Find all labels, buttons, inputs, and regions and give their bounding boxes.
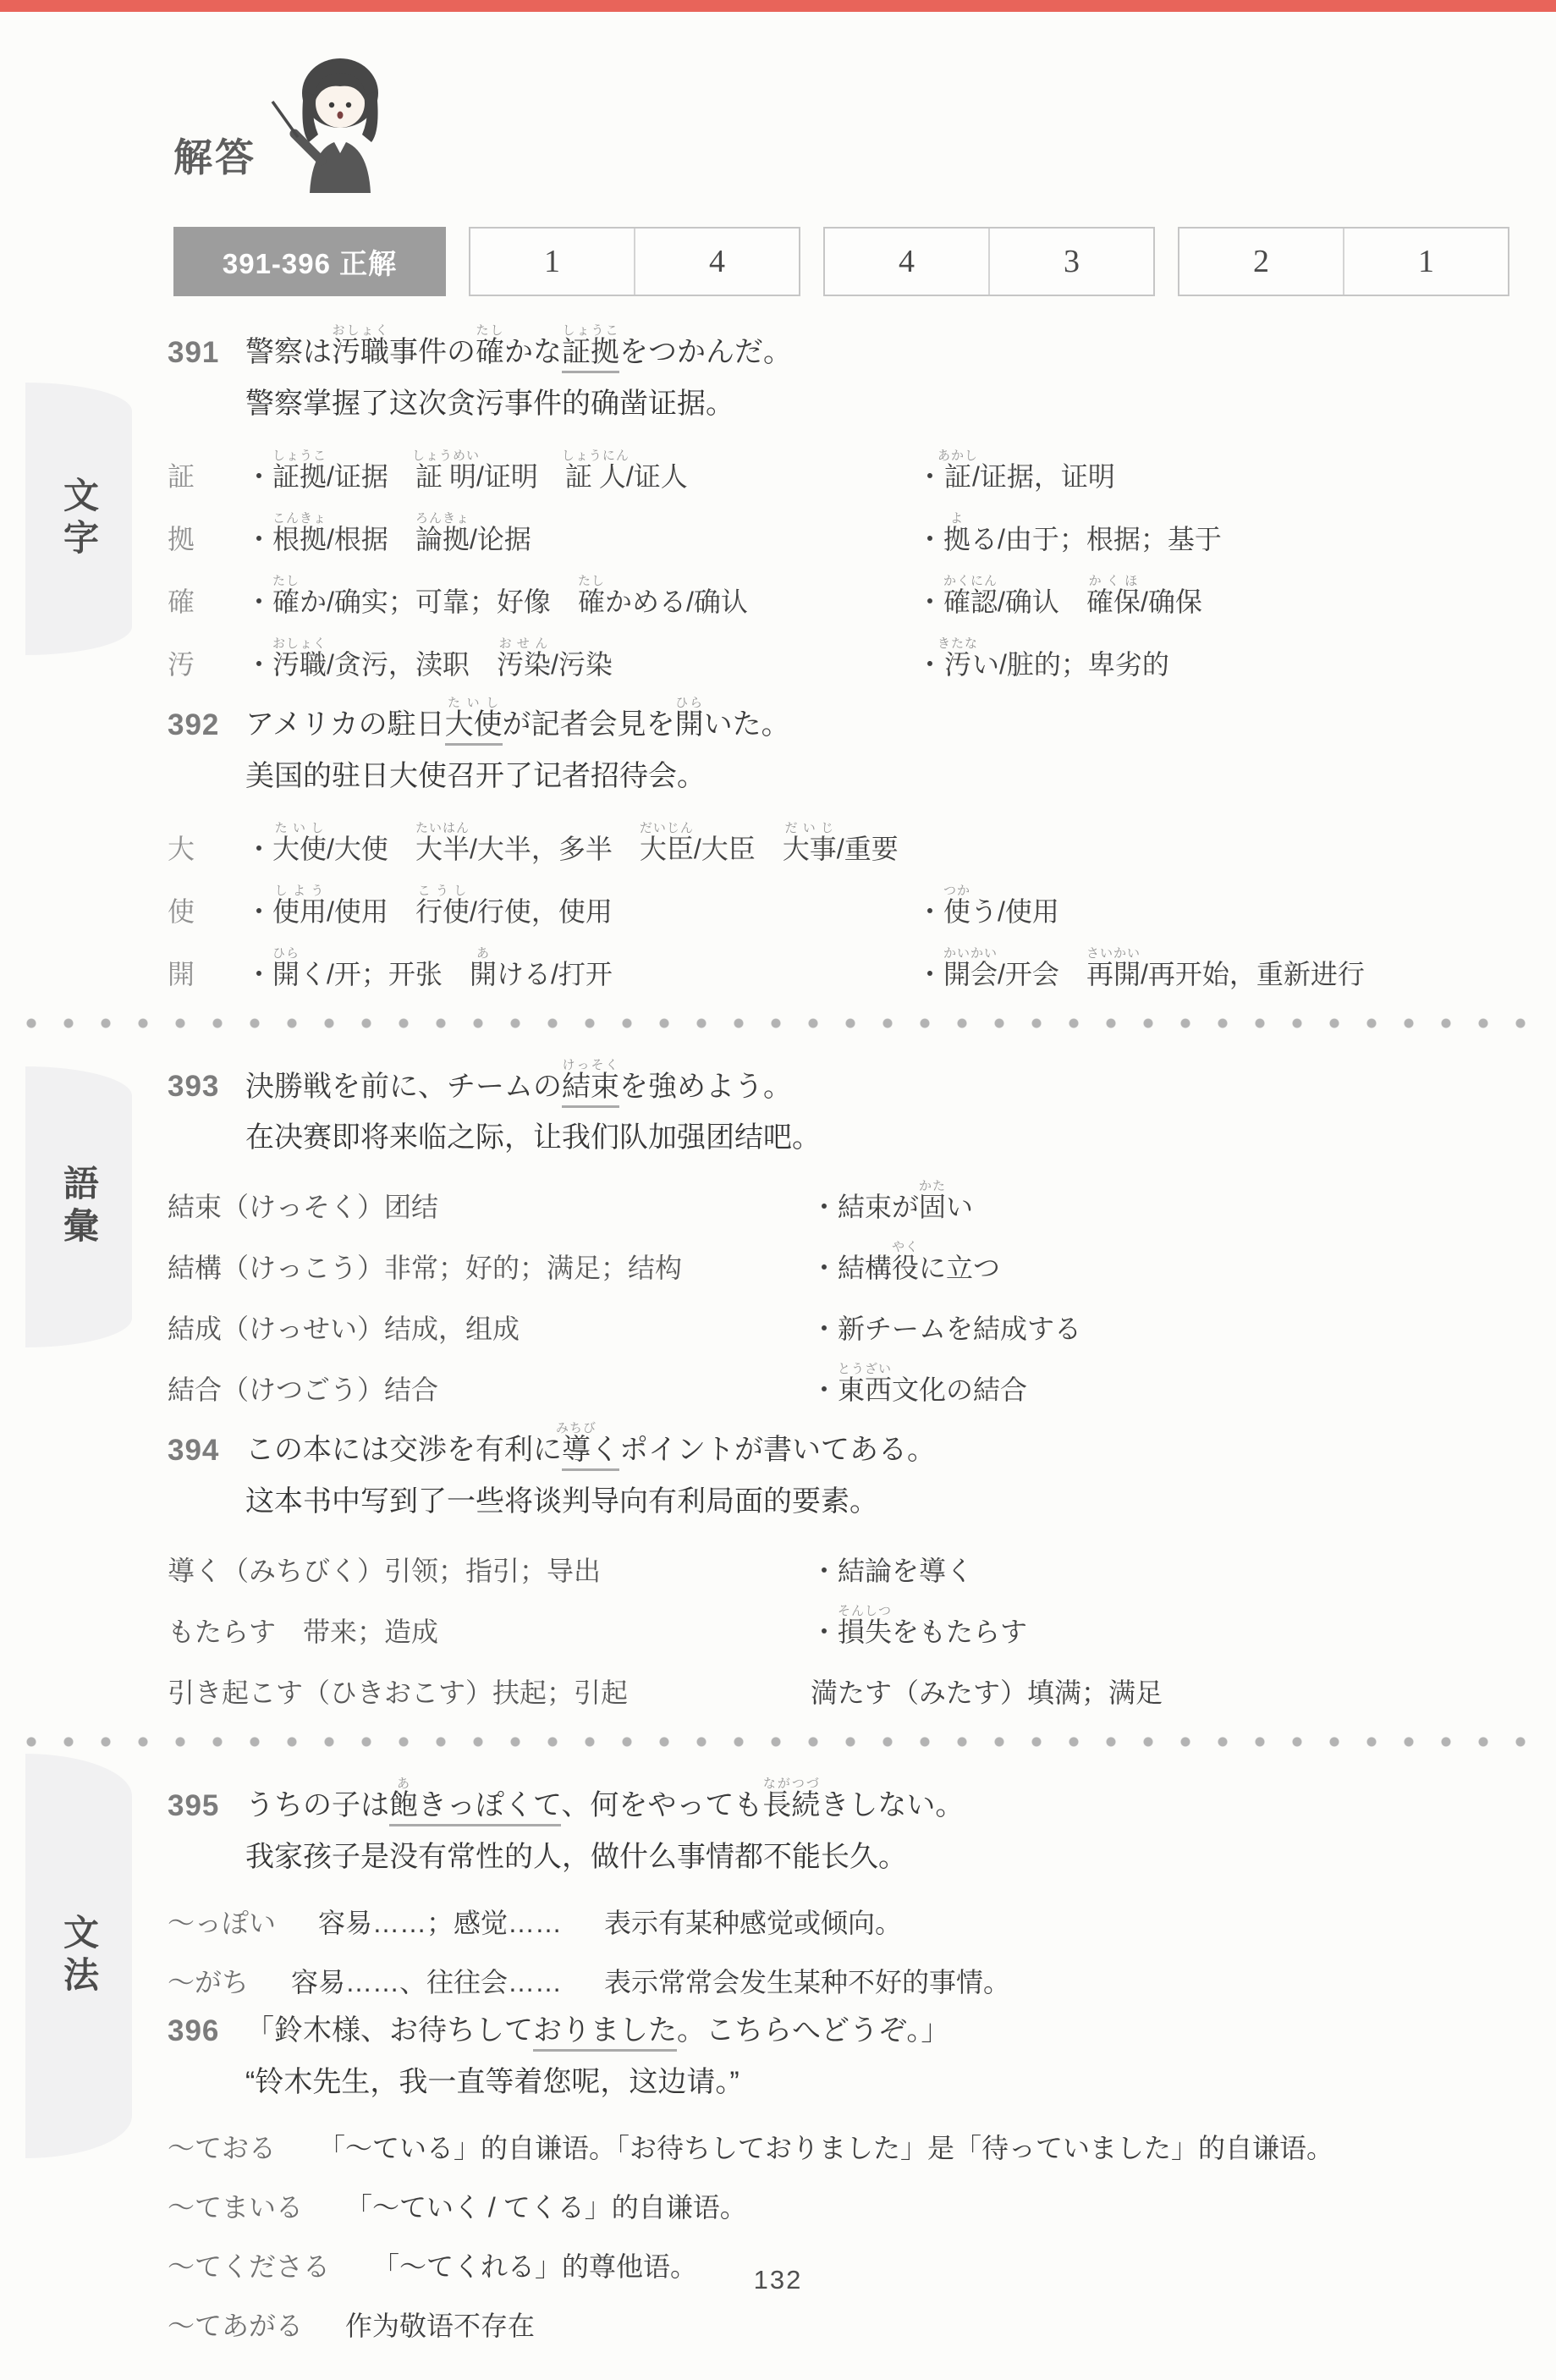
kanji-row: 使 ・使用しよう/使用 行使こうし/行使，使用 ・使つかう/使用: [168, 870, 1511, 929]
sidebar-tab-bunpo: 文法: [25, 1754, 132, 2158]
question-sentence-jp: アメリカの駐日大使たいしが記者会見を開ひらいた。: [245, 696, 790, 742]
question-number: 396: [168, 2014, 245, 2048]
dotted-separator: [25, 1017, 1531, 1029]
question-translation-cn: “铃木先生，我一直等着您呢，这边请。”: [245, 2058, 1511, 2100]
vocab-row: 結束（けっそく）团结 ・結束が固かたい: [168, 1169, 1511, 1225]
vocab-entry: 引き起こす（ひきおこす）扶起；引起: [168, 1672, 628, 1711]
vocab-entry: 結合（けつごう）结合: [168, 1369, 438, 1408]
section-395: 395 うちの子は飽あきっぽくて、何をやっても長続ながつづきしない。 我家孩子是…: [168, 1777, 1511, 2000]
grammar-gloss: 「～ていく / てくる」的自谦语。: [345, 2186, 747, 2225]
sidebar-tab-label: 文字: [53, 477, 104, 561]
answer-cell-391: 1: [470, 229, 634, 295]
answer-group-2: 4 3: [823, 227, 1155, 296]
kanji-examples-right: ・拠よる/由于；根据；基于: [916, 511, 1222, 557]
sidebar-tab-goi: 語彙: [25, 1066, 132, 1347]
question-sentence-jp: うちの子は飽あきっぽくて、何をやっても長続ながつづきしない。: [245, 1777, 964, 1823]
kanji-examples-left: ・汚職おしょく/贪污，渎职 汚染おせん/污染: [245, 636, 613, 682]
sidebar-tab-moji: 文字: [25, 383, 132, 655]
kanji-row: 確 ・確たしか/确实；可靠；好像 確たしかめる/确认 ・確認かくにん/确认 確保…: [168, 560, 1511, 620]
grammar-term: ～ておる: [168, 2127, 276, 2166]
kanji-examples-right: ・証あかし/证据，证明: [916, 449, 1115, 494]
kanji-examples-left: ・開ひらく/开；开张 開あける/打开: [245, 946, 613, 992]
question-number: 394: [168, 1434, 245, 1468]
question-sentence-jp: 警察は汚職おしょく事件の確たしかな証拠しょうこをつかんだ。: [245, 323, 792, 370]
grammar-note: 表示有某种感觉或倾向。: [604, 1902, 902, 1941]
grammar-term: ～てあがる: [168, 2305, 303, 2344]
section-391: 391 警察は汚職おしょく事件の確たしかな証拠しょうこをつかんだ。 警察掌握了这…: [168, 323, 1511, 682]
answer-cell-392: 4: [634, 229, 799, 295]
answer-cell-393: 4: [825, 229, 988, 295]
question-translation-cn: 这本书中写到了一些将谈判导向有利局面的要素。: [245, 1478, 1511, 1519]
grammar-row: ～がち 容易……、往往会…… 表示常常会发生某种不好的事情。: [168, 1948, 1511, 2000]
grammar-term: ～てまいる: [168, 2186, 303, 2225]
vocab-example: 満たす（みたす）填满；满足: [811, 1672, 1163, 1711]
kanji-key: 大: [168, 828, 245, 867]
vocab-example: ・結構役やくに立つ: [811, 1240, 1000, 1286]
answer-range-badge: 391-396 正解: [173, 227, 446, 296]
kanji-key: 汚: [168, 643, 245, 682]
section-393: 393 決勝戦を前に、チームの結束けっそくを強めよう。 在决赛即将来临之际，让我…: [168, 1058, 1511, 1408]
vocab-example: ・新チームを結成する: [811, 1308, 1081, 1347]
grammar-term: ～がち: [168, 1961, 249, 2000]
grammar-row: ～てあがる 作为敬语不存在: [168, 2291, 1511, 2344]
question-sentence-jp: この本には交渉を有利に導みちびくポイントが書いてある。: [245, 1421, 936, 1468]
girl-teacher-illustration: [254, 49, 419, 195]
question-translation-cn: 警察掌握了这次贪污事件的确凿证据。: [245, 380, 1511, 421]
grammar-gloss: 作为敬语不存在: [345, 2305, 535, 2344]
kanji-row: 証 ・証拠しょうこ/证据 証明しょうめい/证明 証人しょうにん/证人 ・証あかし…: [168, 435, 1511, 494]
kanji-examples-left: ・大使たいし/大使 大半たいはん/大半，多半 大臣だいじん/大臣 大事だいじ/重…: [245, 821, 899, 867]
answer-cell-396: 1: [1343, 229, 1508, 295]
grammar-gloss: 容易……、往往会……: [291, 1961, 562, 2000]
vocab-row: 結構（けっこう）非常；好的；满足；结构 ・結構役やくに立つ: [168, 1230, 1511, 1286]
vocab-row: 結合（けつごう）结合 ・東西とうざい文化の結合: [168, 1352, 1511, 1408]
kanji-key: 開: [168, 953, 245, 992]
sidebar-tab-label: 文法: [53, 1914, 104, 1998]
vocab-row: 結成（けっせい）结成，组成 ・新チームを結成する: [168, 1291, 1511, 1347]
page-number: 132: [0, 2265, 1556, 2295]
vocab-entry: 結構（けっこう）非常；好的；满足；结构: [168, 1247, 682, 1286]
grammar-gloss: 「～ている」的自谦语。「お待ちしておりました」是「待っていました」的自谦语。: [318, 2127, 1333, 2166]
kanji-examples-left: ・根拠こんきょ/根据 論拠ろんきょ/论据: [245, 511, 531, 557]
kanji-examples-left: ・証拠しょうこ/证据 証明しょうめい/证明 証人しょうにん/证人: [245, 449, 688, 494]
kanji-examples-left: ・確たしか/确实；可靠；好像 確たしかめる/确认: [245, 574, 748, 620]
vocab-entry: 導く（みちびく）引领；指引；导出: [168, 1550, 601, 1589]
vocab-entry: 結成（けっせい）结成，组成: [168, 1308, 520, 1347]
question-number: 392: [168, 708, 245, 742]
answer-key-row: 391-396 正解 1 4 4 3 2 1: [173, 227, 1509, 296]
section-392: 392 アメリカの駐日大使たいしが記者会見を開ひらいた。 美国的驻日大使召开了记…: [168, 696, 1511, 992]
kanji-examples-right: ・開会かいかい/开会 再開さいかい/再开始，重新进行: [916, 946, 1365, 992]
kanji-examples-right: ・確認かくにん/确认 確保かくほ/确保: [916, 574, 1202, 620]
answer-explanations: 391 警察は汚職おしょく事件の確たしかな証拠しょうこをつかんだ。 警察掌握了这…: [168, 323, 1511, 2357]
kanji-row: 開 ・開ひらく/开；开张 開あける/打开 ・開会かいかい/开会 再開さいかい/再…: [168, 933, 1511, 992]
grammar-row: ～ておる 「～ている」的自谦语。「お待ちしておりました」是「待っていました」的自…: [168, 2113, 1511, 2166]
question-sentence-jp: 決勝戦を前に、チームの結束けっそくを強めよう。: [245, 1058, 792, 1105]
answer-group-3: 2 1: [1178, 227, 1509, 296]
answer-cell-394: 3: [988, 229, 1153, 295]
question-sentence-jp: 「鈴木様、お待ちしておりました。こちらへどうぞ。」: [245, 2014, 949, 2048]
vocab-entry: もたらす 带来；造成: [168, 1611, 438, 1650]
kanji-key: 証: [168, 455, 245, 494]
question-number: 395: [168, 1789, 245, 1823]
page-title: 解答: [173, 127, 256, 183]
grammar-gloss: 容易……；感觉……: [318, 1902, 562, 1941]
kanji-key: 拠: [168, 518, 245, 557]
grammar-row: ～っぽい 容易……；感觉…… 表示有某种感觉或倾向。: [168, 1888, 1511, 1941]
grammar-term: ～っぽい: [168, 1902, 276, 1941]
vocab-row: もたらす 带来；造成 ・損失そんしつをもたらす: [168, 1594, 1511, 1650]
vocab-example: ・結束が固かたい: [811, 1179, 973, 1225]
kanji-examples-left: ・使用しよう/使用 行使こうし/行使，使用: [245, 884, 613, 929]
kanji-row: 大 ・大使たいし/大使 大半たいはん/大半，多半 大臣だいじん/大臣 大事だいじ…: [168, 807, 1511, 867]
section-394: 394 この本には交渉を有利に導みちびくポイントが書いてある。 这本书中写到了一…: [168, 1421, 1511, 1711]
question-translation-cn: 美国的驻日大使召开了记者招待会。: [245, 752, 1511, 794]
dotted-separator: [25, 1736, 1531, 1748]
vocab-example: ・東西とうざい文化の結合: [811, 1362, 1027, 1408]
kanji-examples-right: ・使つかう/使用: [916, 884, 1059, 929]
red-page-edge: [0, 0, 1556, 12]
vocab-row: 導く（みちびく）引领；指引；导出 ・結論を導く: [168, 1533, 1511, 1589]
vocab-example: ・結論を導く: [811, 1550, 973, 1589]
answer-group-1: 1 4: [469, 227, 800, 296]
kanji-key: 使: [168, 890, 245, 929]
vocab-example: ・損失そんしつをもたらす: [811, 1604, 1027, 1650]
vocab-row: 引き起こす（ひきおこす）扶起；引起 満たす（みたす）填满；满足: [168, 1655, 1511, 1711]
question-number: 393: [168, 1070, 245, 1104]
kanji-row: 拠 ・根拠こんきょ/根据 論拠ろんきょ/论据 ・拠よる/由于；根据；基于: [168, 498, 1511, 557]
kanji-key: 確: [168, 581, 245, 620]
textbook-answer-page: 文字 語彙 文法 解答 391-396 正解 1 4 4 3 2 1: [0, 0, 1556, 2380]
grammar-row: ～てまいる 「～ていく / てくる」的自谦语。: [168, 2173, 1511, 2225]
sidebar-tab-label: 語彙: [53, 1165, 104, 1249]
question-translation-cn: 在决赛即将来临之际，让我们队加强团结吧。: [245, 1114, 1511, 1155]
grammar-note: 表示常常会发生某种不好的事情。: [604, 1961, 1010, 2000]
kanji-row: 汚 ・汚職おしょく/贪污，渎职 汚染おせん/污染 ・汚きたない/脏的；卑劣的: [168, 623, 1511, 682]
answer-cell-395: 2: [1179, 229, 1343, 295]
question-translation-cn: 我家孩子是没有常性的人，做什么事情都不能长久。: [245, 1833, 1511, 1875]
vocab-entry: 結束（けっそく）团结: [168, 1186, 438, 1225]
question-number: 391: [168, 336, 245, 370]
kanji-examples-right: ・汚きたない/脏的；卑劣的: [916, 636, 1169, 682]
